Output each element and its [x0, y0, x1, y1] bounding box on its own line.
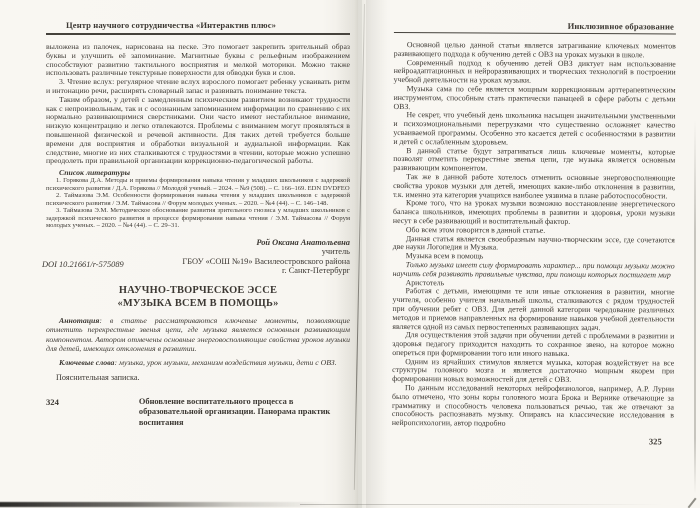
- page-right-edge: [694, 120, 696, 494]
- left-body-text: выложена из палочек, нарисована на песке…: [46, 43, 350, 166]
- epigraph-quote: Только музыка имеет силу формировать хар…: [393, 261, 675, 280]
- body-paragraph: 3. Чтение вслух: регулярное чтение вслух…: [46, 78, 350, 96]
- explanatory-note: Пояснительная записка.: [46, 373, 350, 383]
- page-number-right: 325: [392, 435, 662, 446]
- body-paragraph: Так же в данной работе хотелось отменить…: [393, 173, 675, 201]
- body-paragraph: Таким образом, у детей с замедленным пси…: [46, 96, 350, 166]
- page-number-left: 324: [46, 397, 59, 408]
- keywords: Ключевые слова: музыка, урок музыки, мех…: [46, 358, 350, 367]
- body-paragraph: выложена из палочек, нарисована на песке…: [46, 43, 350, 78]
- body-paragraph: Кроме того, что на уроках музыки возможн…: [393, 199, 675, 227]
- body-paragraph: Музыка сама по себе является мощным корр…: [394, 85, 676, 113]
- author-block: Рой Оксана Анатольевна учитель ГБОУ «СОШ…: [46, 238, 350, 276]
- body-paragraph: В данной статье будут затрагиваться лишь…: [393, 147, 675, 175]
- right-body-text-2: Работая с детьми, имеющими те или иные о…: [392, 287, 675, 429]
- reference-item: 3. Таймазова Э.М. Методическое обоснован…: [46, 207, 350, 230]
- reference-item: 2. Таймазова Э.М. Особенности формирован…: [46, 192, 350, 207]
- right-page-content: Инклюзивное образование Основной целью д…: [392, 18, 676, 447]
- scan-bottom-edge-dark: [0, 502, 328, 507]
- right-page: Инклюзивное образование Основной целью д…: [358, 0, 700, 508]
- body-paragraph: Основной целью данной статьи является за…: [394, 41, 676, 60]
- body-paragraph: Работая с детьми, имеющими те или иные о…: [392, 287, 674, 332]
- body-paragraph: Не секрет, что учебный день школьника на…: [393, 111, 675, 148]
- abstract-label: Аннотация: [59, 316, 99, 325]
- left-page: Центр научного сотрудничества «Интеракти…: [0, 0, 358, 508]
- keywords-label: Ключевые слова: [59, 358, 114, 367]
- author-role: учитель: [46, 247, 350, 257]
- body-paragraph: Одним из ярчайших стимулов является музы…: [392, 358, 674, 386]
- right-body-text: Основной целью данной статьи является за…: [393, 41, 676, 262]
- keywords-text: : музыка, урок музыки, механизм воздейст…: [114, 358, 336, 367]
- author-name: Рой Оксана Анатольевна: [46, 238, 350, 248]
- article-title-line1: НАУЧНО-ТВОРЧЕСКОЕ ЭССЕ: [46, 285, 350, 298]
- left-page-content: Центр научного сотрудничества «Интеракти…: [46, 18, 350, 428]
- scan-bottom-edge-faint: [300, 504, 665, 505]
- left-page-footer: 324 Обновление воспитательного процесса …: [46, 397, 350, 428]
- references-heading: Список литературы: [46, 168, 350, 177]
- article-title: НАУЧНО-ТВОРЧЕСКОЕ ЭССЕ «МУЗЫКА ВСЕМ В ПО…: [46, 285, 350, 310]
- article-title-line2: «МУЗЫКА ВСЕМ В ПОМОЩЬ»: [46, 298, 350, 311]
- running-head-left: Центр научного сотрудничества «Интеракти…: [46, 18, 350, 35]
- book-spread-scan: Центр научного сотрудничества «Интеракти…: [0, 0, 700, 508]
- body-paragraph: Для осуществления этой задачи при обучен…: [392, 331, 674, 359]
- body-paragraph: Современный подход к обучению детей ОВЗ …: [394, 59, 676, 87]
- book-footer-title: Обновление воспитательного процесса в об…: [139, 397, 350, 428]
- reference-item: 1. Горякова Д.А. Методы и приемы формиро…: [46, 177, 350, 192]
- abstract: Аннотация: в статье рассматриваются ключ…: [46, 316, 350, 353]
- running-head-right: Инклюзивное образование: [394, 18, 676, 34]
- references-list: 1. Горякова Д.А. Методы и приемы формиро…: [46, 177, 350, 230]
- body-paragraph: По данным исследований некоторых нейрофи…: [392, 384, 674, 429]
- gutter-shadow-right: [366, 0, 388, 508]
- doi: DOI 10.21661/r-575089: [42, 260, 124, 270]
